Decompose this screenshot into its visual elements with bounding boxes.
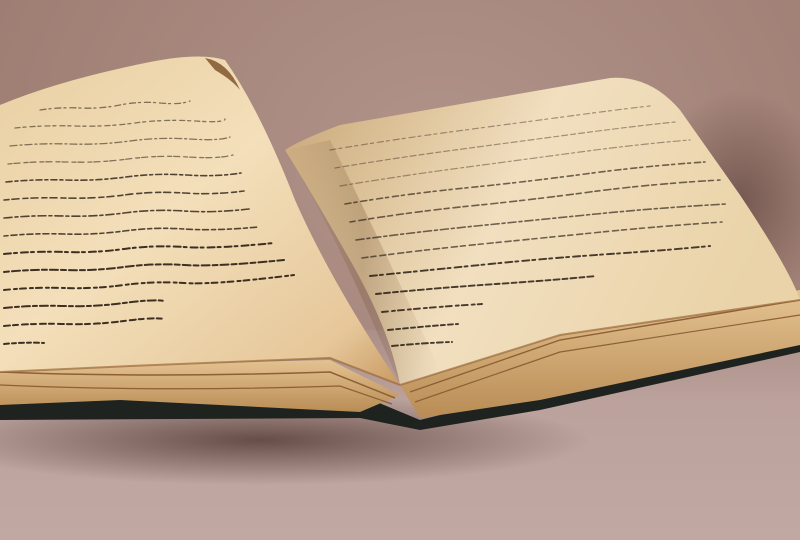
open-book-illustration [0, 0, 800, 540]
photo-scene: open old handwritten book [0, 0, 800, 540]
